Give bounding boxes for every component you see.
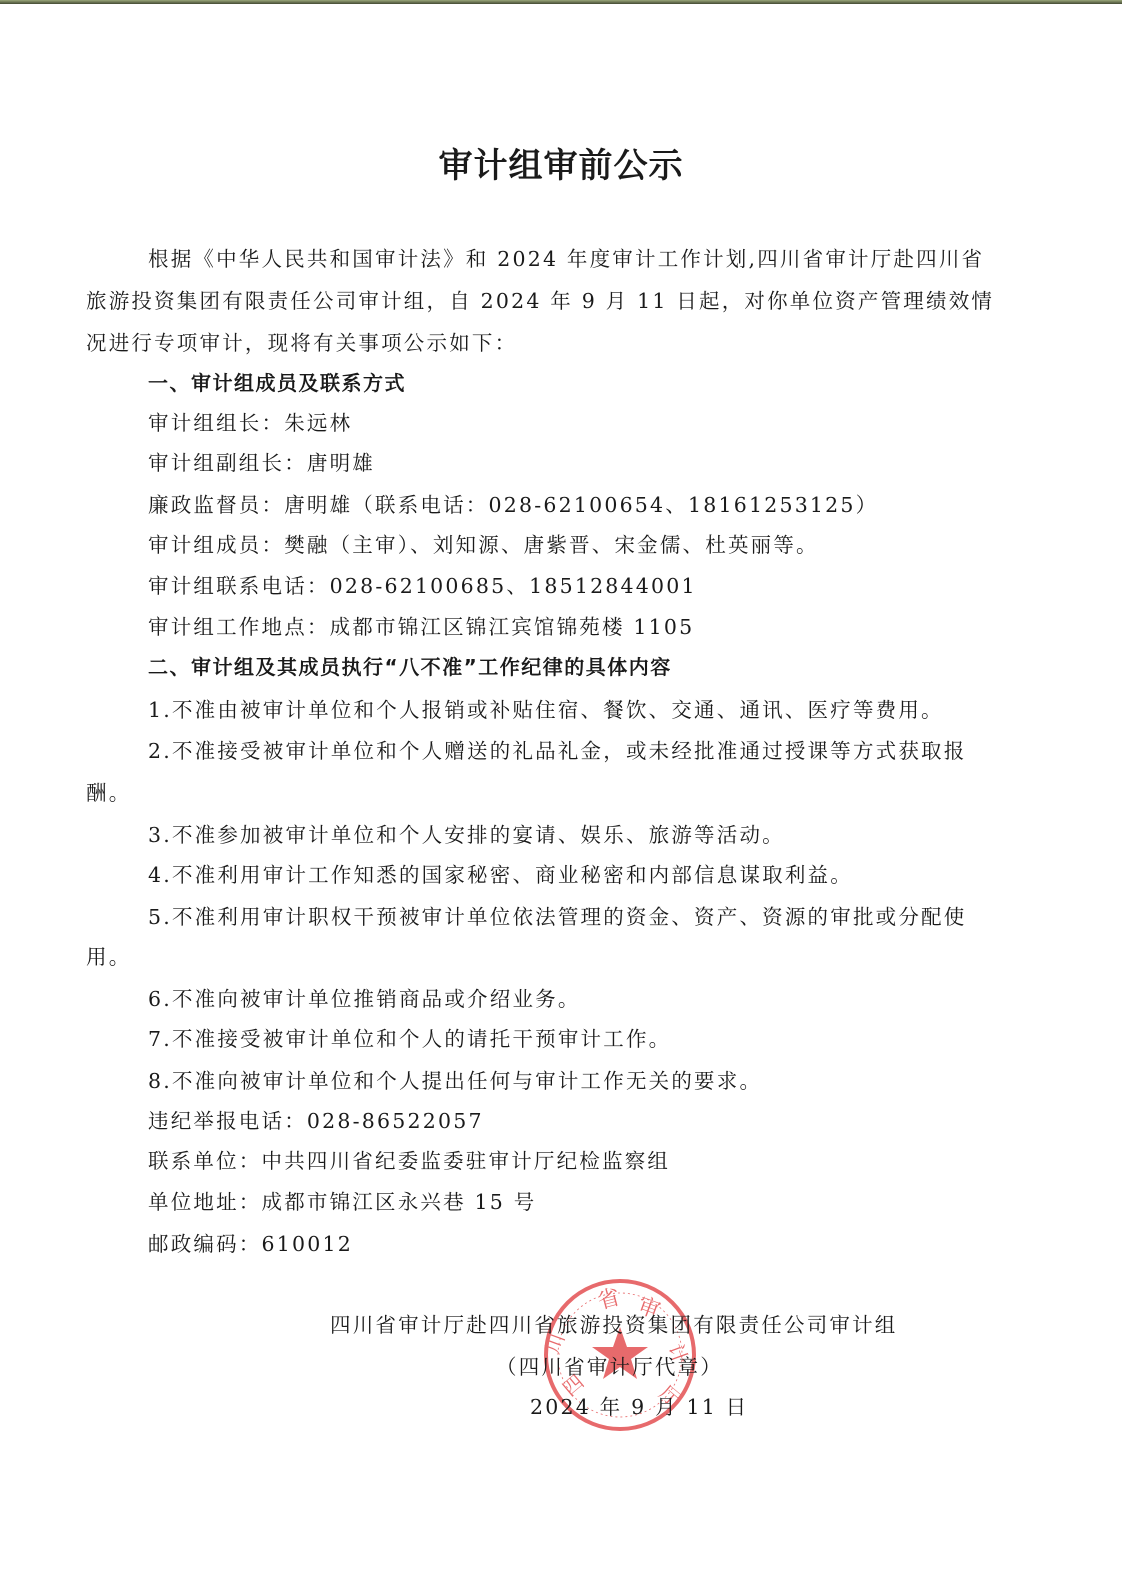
document-page: 审计组审前公示 根据《中华人民共和国审计法》和 2024 年度审计工作计划,四川… — [0, 0, 1122, 1587]
intro-line-2: 旅游投资集团有限责任公司审计组，自 2024 年 9 月 11 日起，对你单位资… — [86, 286, 994, 316]
report-phone: 违纪举报电话：028-86522057 — [148, 1106, 484, 1136]
rule-4: 4.不准利用审计工作知悉的国家秘密、商业秘密和内部信息谋取利益。 — [148, 860, 853, 890]
rule-8: 8.不准向被审计单位和个人提出任何与审计工作无关的要求。 — [148, 1066, 762, 1096]
integrity-supervisor: 廉政监督员：唐明雄（联系电话：028-62100654、18161253125） — [148, 490, 878, 520]
team-members: 审计组成员：樊融（主审）、刘知源、唐紫晋、宋金儒、杜英丽等。 — [148, 530, 819, 560]
rule-6: 6.不准向被审计单位推销商品或介绍业务。 — [148, 984, 581, 1014]
section-1-heading: 一、审计组成员及联系方式 — [148, 368, 406, 398]
section-2-heading: 二、审计组及其成员执行“八不准”工作纪律的具体内容 — [148, 652, 672, 682]
document-title: 审计组审前公示 — [0, 138, 1122, 187]
unit-address: 单位地址：成都市锦江区永兴巷 15 号 — [148, 1187, 536, 1217]
intro-line-1: 根据《中华人民共和国审计法》和 2024 年度审计工作计划,四川省审计厅赴四川省 — [148, 244, 984, 274]
rule-5-cont: 用。 — [86, 942, 131, 972]
seal-note: （四川省审计厅代章） — [496, 1352, 723, 1382]
deputy-leader: 审计组副组长：唐明雄 — [148, 448, 375, 478]
team-location: 审计组工作地点：成都市锦江区锦江宾馆锦苑楼 1105 — [148, 612, 694, 642]
rule-7: 7.不准接受被审计单位和个人的请托干预审计工作。 — [148, 1024, 671, 1054]
intro-line-3: 况进行专项审计，现将有关事项公示如下： — [86, 328, 517, 358]
rule-1: 1.不准由被审计单位和个人报销或补贴住宿、餐饮、交通、通讯、医疗等费用。 — [148, 695, 944, 725]
contact-unit: 联系单位：中共四川省纪委监委驻审计厅纪检监察组 — [148, 1146, 670, 1176]
team-leader: 审计组组长：朱远林 — [148, 408, 352, 438]
team-phone: 审计组联系电话：028-62100685、18512844001 — [148, 571, 697, 601]
rule-2: 2.不准接受被审计单位和个人赠送的礼品礼金，或未经批准通过授课等方式获取报 — [148, 736, 966, 766]
rule-3: 3.不准参加被审计单位和个人安排的宴请、娱乐、旅游等活动。 — [148, 820, 785, 850]
signature-date: 2024 年 9 月 11 日 — [530, 1392, 748, 1422]
signature-org: 四川省审计厅赴四川省旅游投资集团有限责任公司审计组 — [330, 1310, 898, 1340]
rule-5: 5.不准利用审计职权干预被审计单位依法管理的资金、资产、资源的审批或分配使 — [148, 902, 966, 932]
postal-code: 邮政编码：610012 — [148, 1229, 353, 1259]
rule-2-cont: 酬。 — [86, 778, 131, 808]
